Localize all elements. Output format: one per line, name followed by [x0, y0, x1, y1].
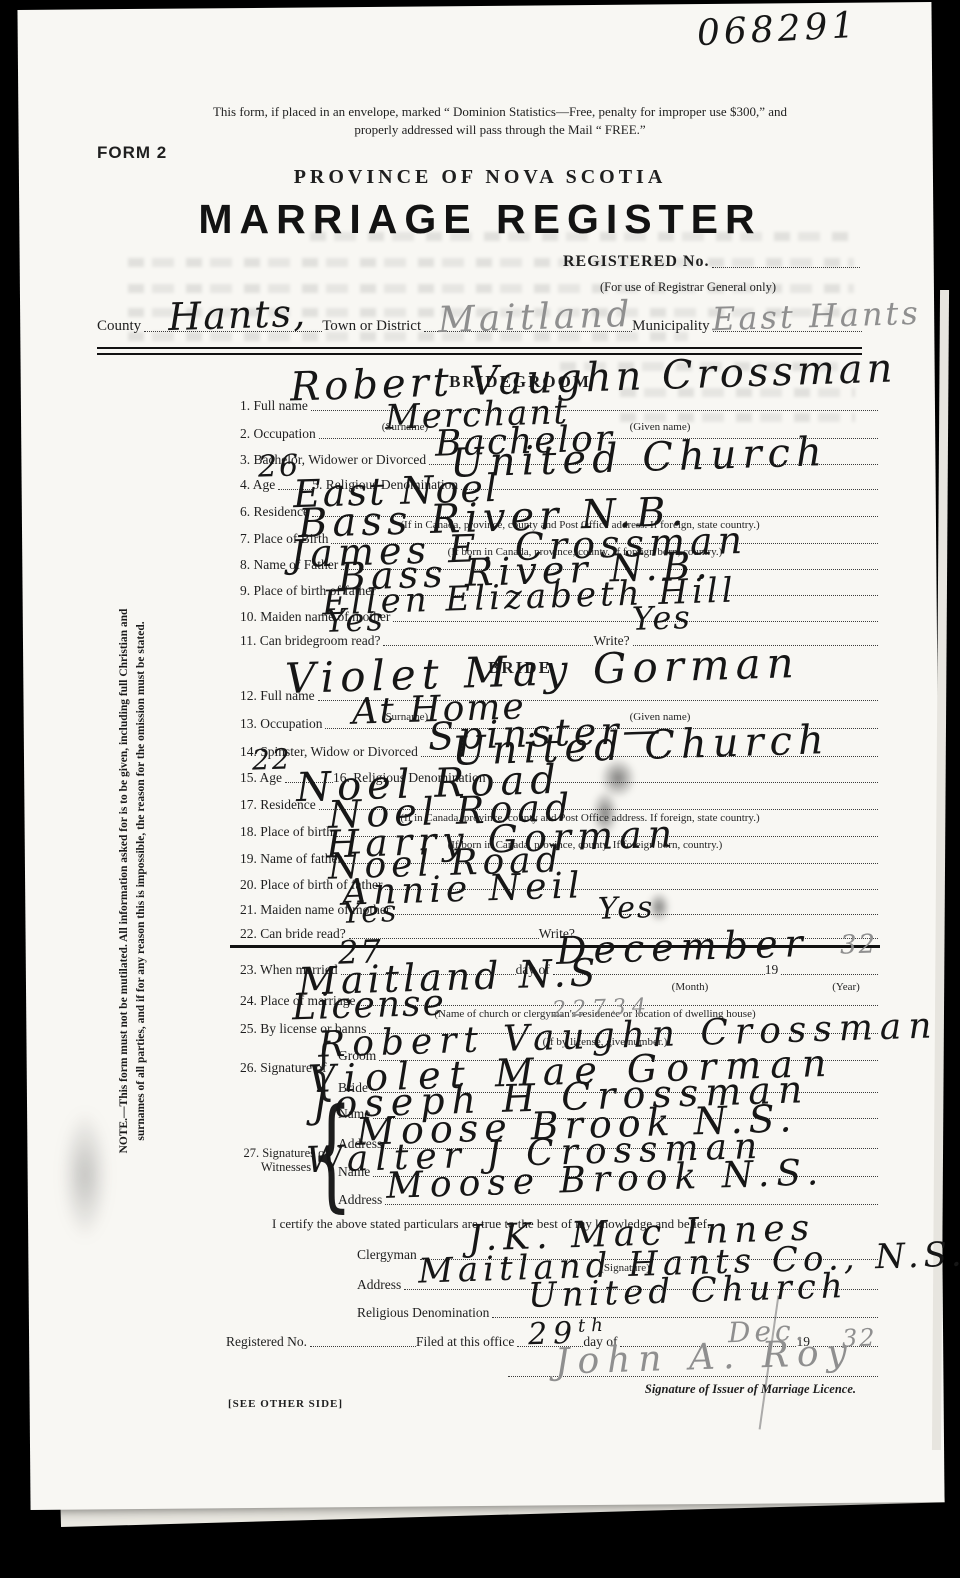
groom-can-read-handwritten: Yes: [325, 603, 386, 637]
clergyman-denomination-handwritten: United Church: [528, 1269, 849, 1313]
groom-occupation-label: 2. Occupation: [240, 426, 319, 442]
bride-age-handwritten: 22: [252, 745, 293, 774]
witness2-address-label: Address: [338, 1192, 385, 1208]
envelope-note-line1: This form, if placed in an envelope, mar…: [150, 104, 850, 120]
see-other-side-note: [SEE OTHER SIDE]: [228, 1398, 343, 1410]
registered-no-label: REGISTERED No.: [563, 253, 712, 271]
religious-denomination-label: Religious Denomination: [357, 1305, 492, 1321]
year-caption: (Year): [815, 981, 877, 993]
registered-no-bottom-label: Registered No.: [226, 1334, 310, 1350]
issuer-signature-caption: Signature of Issuer of Marriage Licence.: [600, 1382, 856, 1397]
dotted-line: [310, 1346, 416, 1347]
bride-can-write-handwritten: Yes: [598, 893, 655, 925]
registrar-general-note: (For use of Registrar General only): [600, 280, 776, 295]
margin-note-line1: NOTE.—This form must not be mutilated. A…: [118, 609, 130, 1154]
clergyman-address-label: Address: [357, 1277, 404, 1293]
bride-can-read-handwritten: Yes: [342, 897, 399, 929]
groom-religion-handwritten: United Church: [449, 432, 828, 484]
district-label: Town or District: [322, 318, 424, 335]
clergyman-label: Clergyman: [357, 1247, 420, 1263]
municipality-value-handwritten: East Hants: [712, 297, 922, 336]
filed-at-office-label: Filed at this office: [416, 1334, 517, 1350]
license-handwritten: License: [291, 986, 446, 1027]
register-title: MARRIAGE REGISTER: [120, 196, 840, 243]
margin-note-line2: surnames of all parties, and if for any …: [135, 621, 147, 1140]
envelope-note-line2: properly addressed will pass through the…: [150, 122, 850, 138]
form-number-label: FORM 2: [97, 143, 167, 163]
province-title: PROVINCE OF NOVA SCOTIA: [140, 166, 820, 189]
serial-number-handwritten: 068291: [696, 8, 859, 52]
issuer-signature-handwritten: John A. Roy: [555, 1335, 856, 1380]
dotted-line: [712, 267, 860, 268]
when-married-year-handwritten: 32: [840, 931, 878, 958]
filed-day-suffix: th: [578, 1315, 609, 1337]
margin-smudge: [62, 1110, 108, 1240]
bride-occupation-label: 13. Occupation: [240, 716, 325, 732]
bride-birthplace-label: 18. Place of birth: [240, 824, 336, 840]
scanned-page-background: 068291 This form, if placed in an envelo…: [0, 0, 960, 1578]
witnesses-label-line2: Witnesses: [261, 1160, 311, 1174]
bride-can-read-label: 22. Can bride read?: [240, 926, 349, 942]
margin-note-vertical: NOTE.—This form must not be mutilated. A…: [116, 550, 150, 1212]
month-caption: (Month): [645, 981, 735, 993]
groom-can-write-handwritten: Yes: [632, 601, 693, 635]
county-label: County: [97, 318, 144, 335]
county-value-handwritten: Hants,: [167, 294, 307, 336]
municipality-label: Municipality: [632, 318, 713, 335]
district-value-handwritten: Maitland: [437, 297, 634, 339]
dotted-line: [781, 974, 878, 975]
